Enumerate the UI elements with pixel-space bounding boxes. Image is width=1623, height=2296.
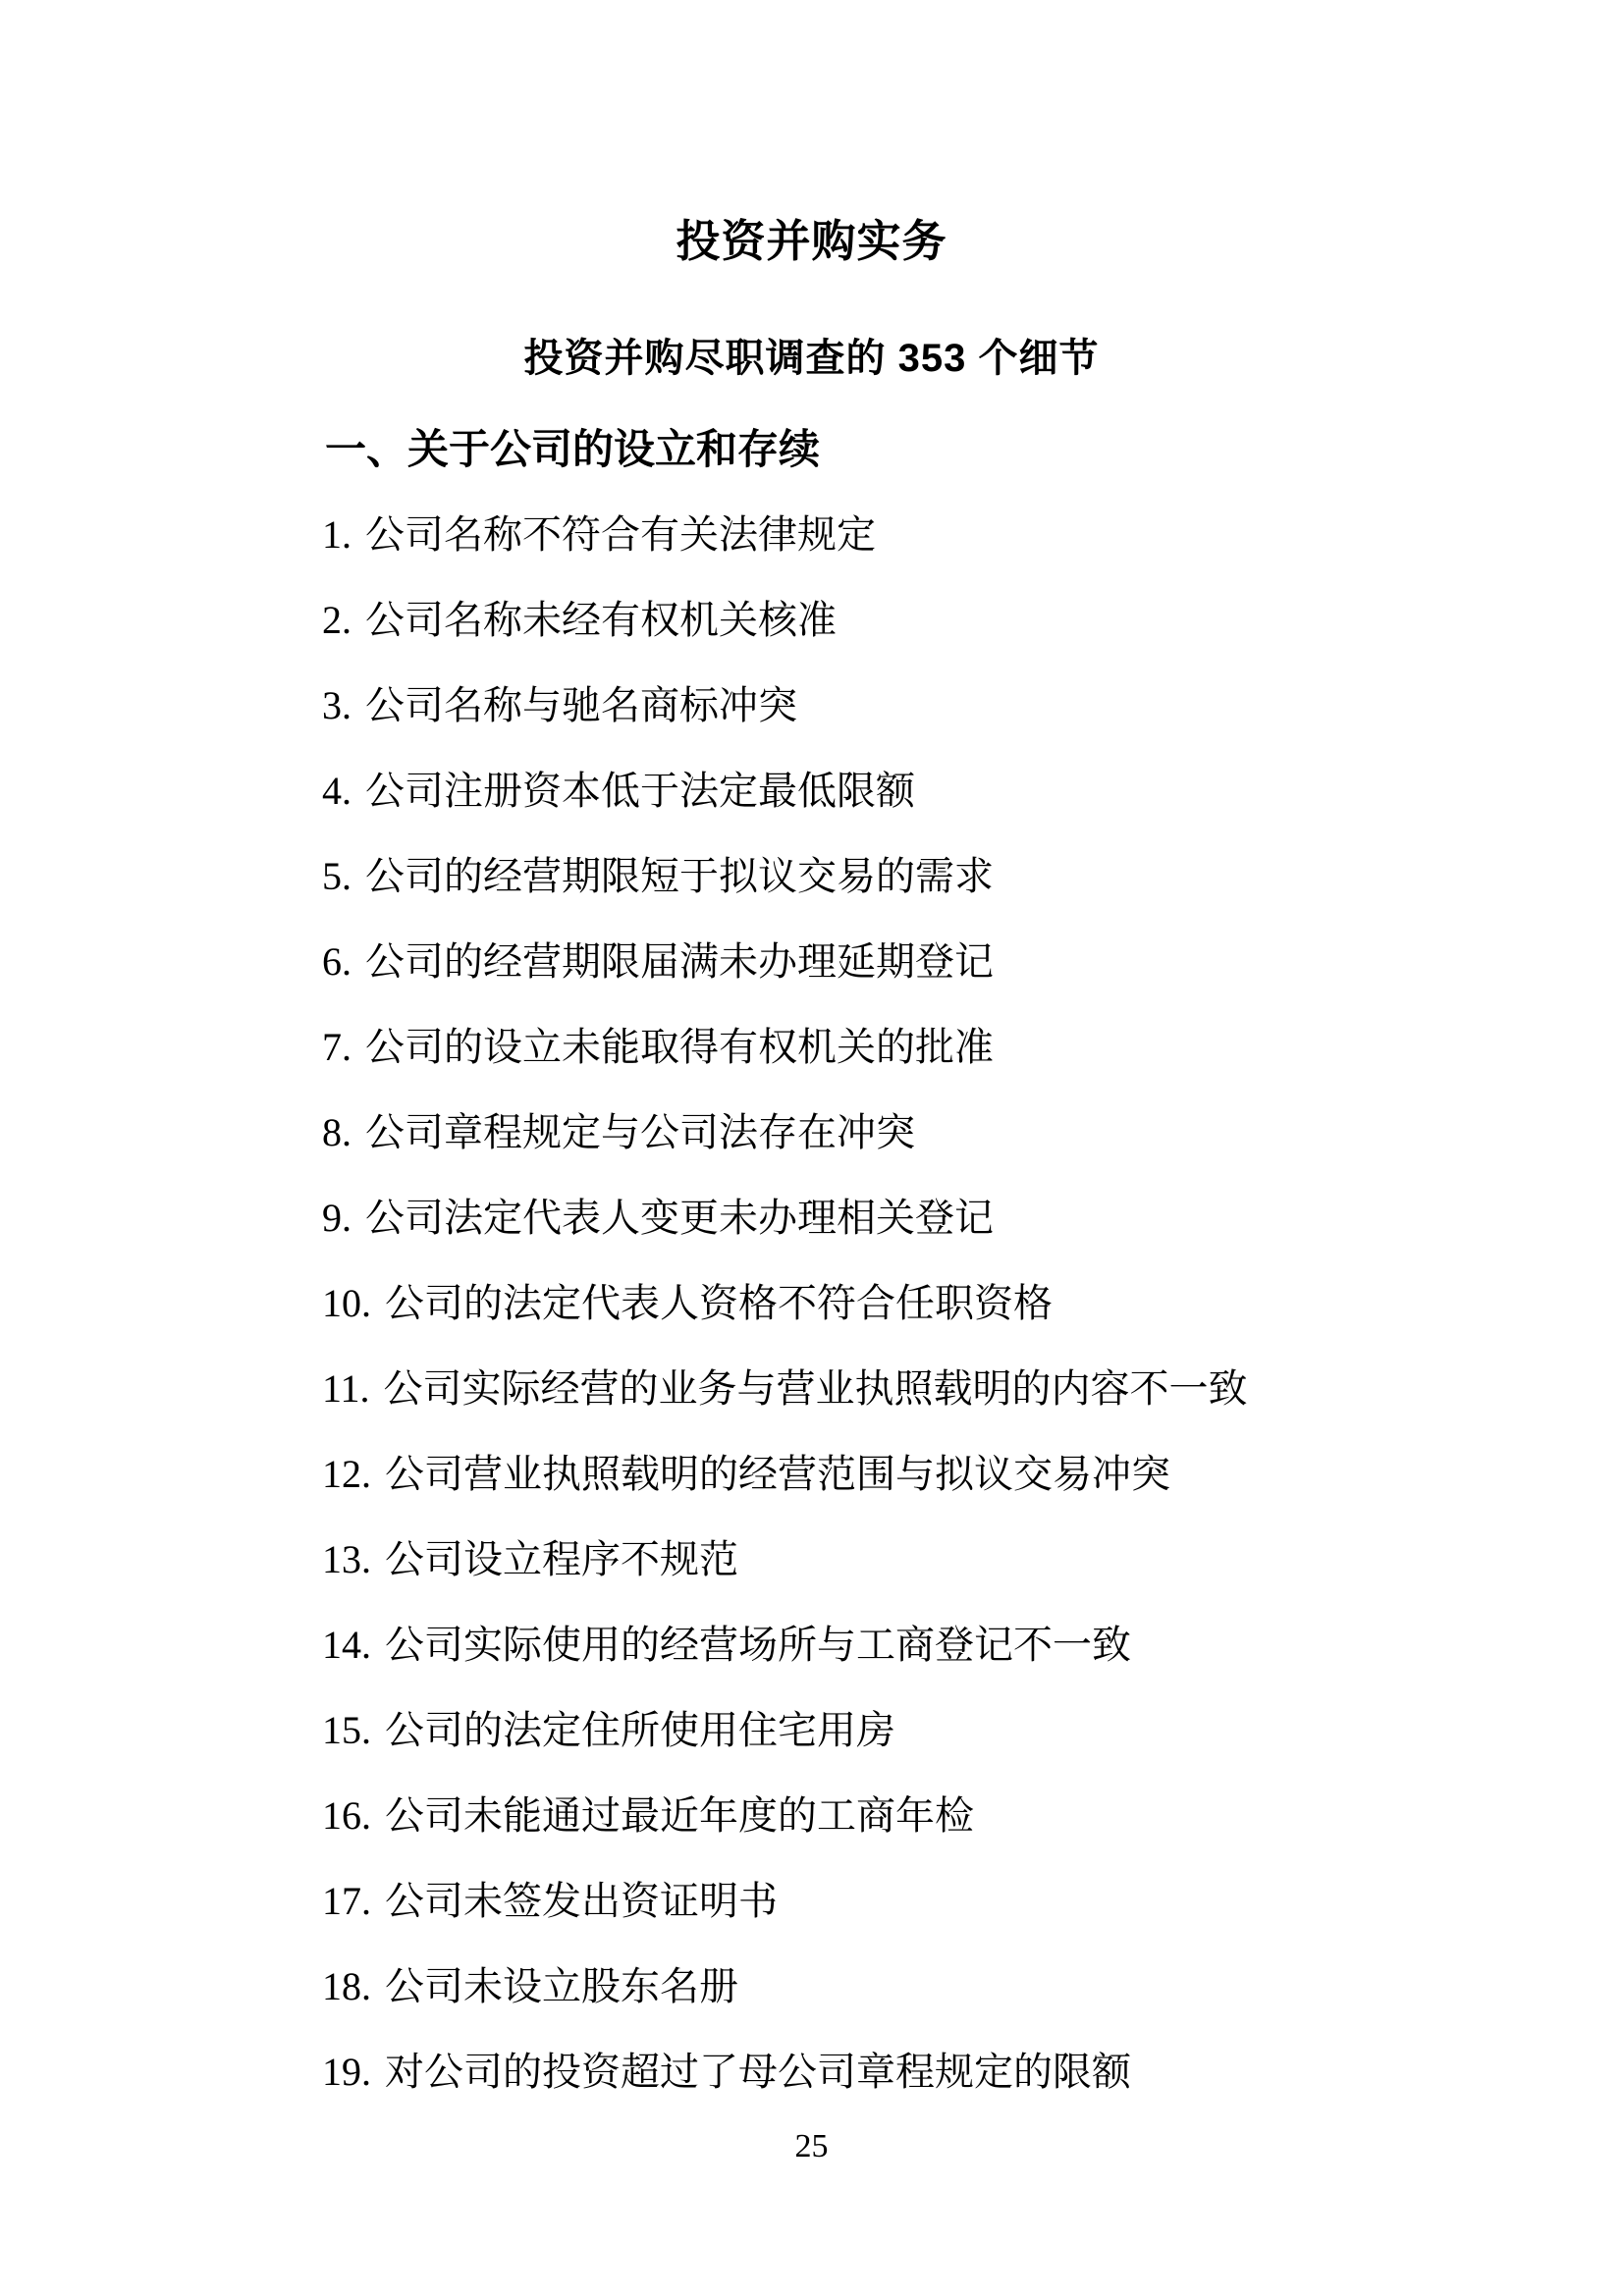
item-text: 公司的设立未能取得有权机关的批准	[365, 1025, 994, 1069]
item-number: 18.	[322, 1966, 371, 2007]
list-item: 8.公司章程规定与公司法存在冲突	[322, 1112, 1248, 1153]
item-text: 公司章程规定与公司法存在冲突	[365, 1110, 915, 1154]
page-title: 投资并购实务	[0, 217, 1623, 266]
item-number: 4.	[322, 771, 352, 812]
item-text: 公司的经营期限届满未办理延期登记	[365, 939, 994, 984]
item-text: 公司未能通过最近年度的工商年检	[385, 1793, 974, 1838]
list-item: 1.公司名称不符合有关法律规定	[322, 514, 1248, 556]
item-text: 公司未签发出资证明书	[385, 1879, 778, 1923]
section-heading: 一、关于公司的设立和存续	[325, 428, 820, 473]
item-number: 5.	[322, 856, 352, 897]
item-number: 6.	[322, 941, 352, 983]
list-item: 5.公司的经营期限短于拟议交易的需求	[322, 856, 1248, 897]
item-number: 3.	[322, 685, 352, 726]
item-number: 14.	[322, 1625, 371, 1666]
list-item: 16.公司未能通过最近年度的工商年检	[322, 1795, 1248, 1837]
list-item: 15.公司的法定住所使用住宅用房	[322, 1710, 1248, 1751]
item-number: 1.	[322, 514, 352, 556]
list-item: 17.公司未签发出资证明书	[322, 1881, 1248, 1922]
item-text: 公司名称未经有权机关核准	[365, 598, 837, 642]
list-item: 11.公司实际经营的业务与营业执照载明的内容不一致	[322, 1368, 1248, 1410]
item-text: 公司的法定住所使用住宅用房	[385, 1708, 895, 1752]
item-number: 12.	[322, 1454, 371, 1495]
document-subtitle: 投资并购尽职调查的 353 个细节	[0, 337, 1623, 380]
item-text: 公司设立程序不规范	[385, 1537, 738, 1581]
item-text: 公司注册资本低于法定最低限额	[365, 769, 915, 813]
list-item: 9.公司法定代表人变更未办理相关登记	[322, 1198, 1248, 1239]
item-text: 公司未设立股东名册	[385, 1964, 738, 2008]
item-text: 对公司的投资超过了母公司章程规定的限额	[385, 2050, 1131, 2094]
list-item: 19.对公司的投资超过了母公司章程规定的限额	[322, 2052, 1248, 2093]
item-number: 7.	[322, 1027, 352, 1068]
item-number: 10.	[322, 1283, 371, 1324]
item-number: 19.	[322, 2052, 371, 2093]
item-text: 公司的法定代表人资格不符合任职资格	[385, 1281, 1053, 1325]
item-number: 9.	[322, 1198, 352, 1239]
item-text: 公司营业执照载明的经营范围与拟议交易冲突	[385, 1452, 1170, 1496]
list-item: 18.公司未设立股东名册	[322, 1966, 1248, 2007]
due-diligence-checklist: 1.公司名称不符合有关法律规定2.公司名称未经有权机关核准3.公司名称与驰名商标…	[322, 514, 1248, 2137]
item-number: 17.	[322, 1881, 371, 1922]
list-item: 3.公司名称与驰名商标冲突	[322, 685, 1248, 726]
item-text: 公司名称与驰名商标冲突	[365, 683, 797, 727]
item-text: 公司的经营期限短于拟议交易的需求	[365, 854, 994, 898]
item-number: 16.	[322, 1795, 371, 1837]
item-number: 2.	[322, 600, 352, 641]
list-item: 13.公司设立程序不规范	[322, 1539, 1248, 1580]
list-item: 4.公司注册资本低于法定最低限额	[322, 771, 1248, 812]
list-item: 6.公司的经营期限届满未办理延期登记	[322, 941, 1248, 983]
item-number: 13.	[322, 1539, 371, 1580]
item-text: 公司名称不符合有关法律规定	[365, 512, 876, 557]
item-number: 15.	[322, 1710, 371, 1751]
list-item: 14.公司实际使用的经营场所与工商登记不一致	[322, 1625, 1248, 1666]
list-item: 12.公司营业执照载明的经营范围与拟议交易冲突	[322, 1454, 1248, 1495]
item-text: 公司实际使用的经营场所与工商登记不一致	[385, 1623, 1131, 1667]
document-page: 投资并购实务 投资并购尽职调查的 353 个细节 一、关于公司的设立和存续 1.…	[0, 0, 1623, 2296]
list-item: 7.公司的设立未能取得有权机关的批准	[322, 1027, 1248, 1068]
item-number: 11.	[322, 1368, 370, 1410]
item-text: 公司法定代表人变更未办理相关登记	[365, 1196, 994, 1240]
list-item: 10.公司的法定代表人资格不符合任职资格	[322, 1283, 1248, 1324]
item-number: 8.	[322, 1112, 352, 1153]
page-number: 25	[0, 2130, 1623, 2163]
item-text: 公司实际经营的业务与营业执照载明的内容不一致	[384, 1366, 1248, 1411]
list-item: 2.公司名称未经有权机关核准	[322, 600, 1248, 641]
